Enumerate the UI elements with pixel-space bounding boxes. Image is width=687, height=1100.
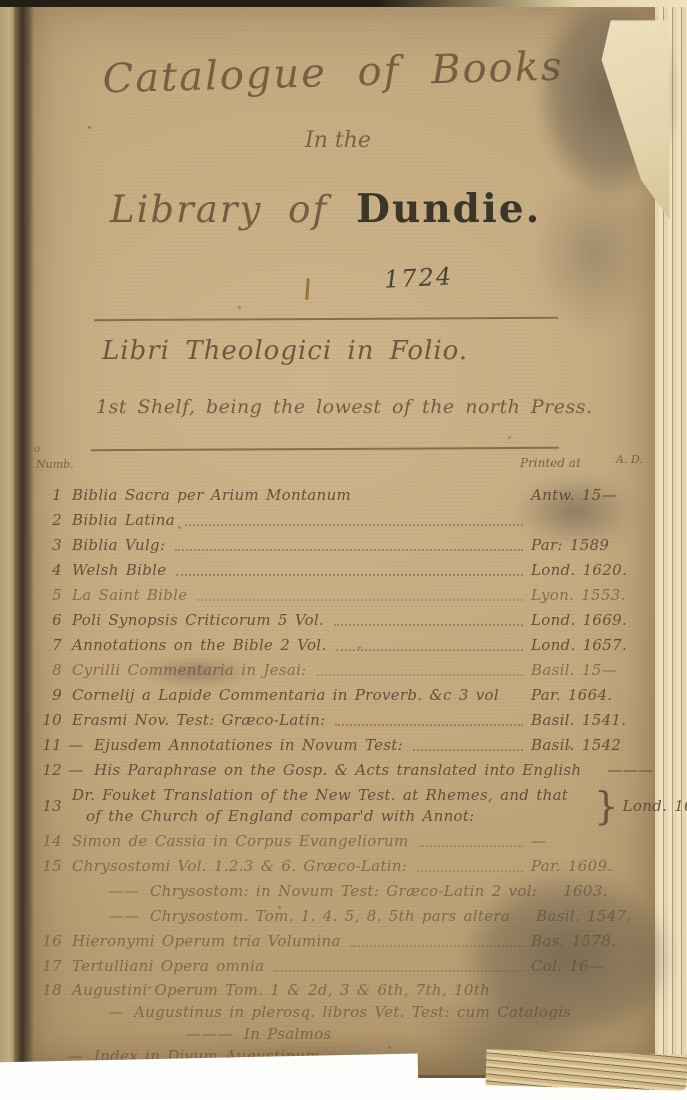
book-page-stack-bottom	[486, 1049, 687, 1091]
entry-place-date: —	[531, 829, 645, 854]
dotted-leader	[417, 870, 523, 872]
page-title-library-of: Library of	[110, 188, 328, 231]
entry-titles: Augustinus in plerosq. libros Vet. Test:…	[134, 1001, 571, 1023]
entry-title: Augustini Operum Tom. 1 & 2d, 3 & 6th, 7…	[72, 979, 490, 1001]
entry-title: Erasmi Nov. Test: Græco-Latin:	[72, 708, 325, 733]
entry-titles: Augustini Operum Tom. 1 & 2d, 3 & 6th, 7…	[72, 979, 490, 1001]
entry-place-date: 1603.	[563, 879, 677, 904]
entry-number: 8	[36, 658, 62, 683]
page-title-in-the: In the	[48, 128, 628, 153]
entry-titles: Simon de Cassia in Corpus Evangeliorum	[72, 829, 409, 854]
entry-title: Biblia Latina	[72, 508, 175, 533]
entry-dash: ———	[186, 1023, 234, 1045]
dotted-leader	[509, 699, 523, 701]
entry-row: 16 Hieronymi Operum tria Volumina Bas. 1…	[36, 929, 645, 954]
entry-place-date: Lond. 1657.	[531, 633, 645, 658]
entry-title: Dr. Fouket Translation of the New Test. …	[72, 785, 568, 806]
entry-number: 1	[36, 483, 62, 508]
entry-title: Chrysostom. Tom. 1. 4. 5, 8. 5th pars al…	[150, 904, 510, 929]
entry-titles: Dr. Fouket Translation of the New Test. …	[72, 785, 568, 827]
entry-title: Annotations on the Bible 2 Vol.	[72, 633, 326, 658]
dotted-leader	[274, 970, 523, 972]
entry-row: 15 Chrysostomi Vol. 1.2.3 & 6. Græco-Lat…	[36, 854, 645, 879]
entry-title: Hieronymi Operum tria Volumina	[72, 929, 341, 954]
entry-number: 12	[36, 758, 62, 783]
entry-titles: Chrysostomi Vol. 1.2.3 & 6. Græco-Latin:	[72, 854, 407, 879]
dotted-leader	[361, 499, 523, 501]
entry-titles: Biblia Latina	[72, 508, 175, 533]
entry-place-date	[531, 508, 645, 533]
horizontal-rule-bottom	[91, 447, 559, 451]
section-heading: Libri Theologici in Folio.	[102, 336, 468, 366]
entry-number: 13	[36, 796, 62, 817]
entry-title: Simon de Cassia in Corpus Evangeliorum	[72, 829, 409, 854]
entry-place-date: Basil. 1541.	[531, 708, 645, 733]
entry-row: 7 Annotations on the Bible 2 Vol. Lond. …	[36, 633, 645, 658]
entry-title: Cyrilli Commentaria in Jesai:	[72, 658, 307, 683]
entry-titles: Biblia Vulg:	[72, 533, 165, 558]
entry-place-date	[531, 979, 645, 1001]
dotted-leader	[500, 992, 523, 994]
entry-row: 13 Dr. Fouket Translation of the New Tes…	[36, 783, 645, 829]
entry-title: Chrysostomi Vol. 1.2.3 & 6. Græco-Latin:	[72, 854, 407, 879]
entry-place-date: Lond. 1669.	[531, 608, 645, 633]
entry-number: 2	[36, 508, 62, 533]
page-title: Catalogue of Books	[87, 43, 578, 103]
entry-place-date: Col. 16—	[531, 954, 645, 979]
entry-place-date: Basil. 1547.	[536, 904, 650, 929]
entry-number: 5	[36, 583, 62, 608]
entry-place-date: ———	[607, 758, 687, 783]
entry-number: 18	[36, 979, 62, 1001]
entry-row: 12 — His Paraphrase on the Gosp. & Acts …	[36, 758, 645, 783]
entry-number: 14	[36, 829, 62, 854]
catalogue-entries: 1 Biblia Sacra per Arium Montanum Antw. …	[36, 483, 645, 1067]
dotted-leader	[341, 1036, 523, 1038]
entry-title: Biblia Vulg:	[72, 533, 165, 558]
dotted-leader	[591, 774, 599, 776]
entry-number	[76, 1001, 102, 1023]
column-header-printed-at: Printed at	[520, 456, 581, 470]
page-title-dundie: Dundie.	[356, 186, 541, 232]
ink-blot-mark	[305, 278, 310, 300]
entry-row: 3 Biblia Vulg: Par: 1589	[36, 533, 645, 558]
entry-place-date: Bas. 1578.	[531, 929, 645, 954]
entry-number	[76, 904, 102, 929]
entry-title: Biblia Sacra per Arium Montanum	[72, 483, 351, 508]
entry-place-date: Par. 1664.	[531, 683, 645, 708]
dotted-leader	[175, 549, 523, 551]
dotted-leader	[176, 574, 523, 576]
entry-title: Augustinus in plerosq. libros Vet. Test:…	[134, 1001, 571, 1023]
entry-row: 8 Cyrilli Commentaria in Jesai: Basil. 1…	[36, 658, 645, 683]
entry-number: 9	[36, 683, 62, 708]
entry-row: 2 Biblia Latina	[36, 508, 645, 533]
dotted-leader	[351, 945, 523, 947]
entry-place-date	[531, 1023, 645, 1045]
entry-titles: Poli Synopsis Criticorum 5 Vol.	[72, 608, 324, 633]
entry-number: 17	[36, 954, 62, 979]
dotted-leader	[547, 895, 555, 897]
entry-number: 10	[36, 708, 62, 733]
entry-titles: La Saint Bible	[72, 583, 187, 608]
entry-row: —— Chrysostom: in Novum Test: Græco-Lati…	[36, 879, 645, 904]
book-gutter-shadow	[14, 0, 34, 1080]
entry-number	[76, 879, 102, 904]
entry-number: 11	[36, 733, 62, 758]
entry-place-date: Par. 1609.	[531, 854, 645, 879]
entry-row: 10 Erasmi Nov. Test: Græco-Latin: Basil.…	[36, 708, 645, 733]
shelf-subheading: 1st Shelf, being the lowest of the north…	[96, 396, 593, 418]
entry-title: Tertulliani Opera omnia	[72, 954, 264, 979]
entry-title: Poli Synopsis Criticorum 5 Vol.	[72, 608, 324, 633]
dotted-leader	[578, 820, 586, 822]
entry-titles: Annotations on the Bible 2 Vol.	[72, 633, 326, 658]
entry-title: Welsh Bible	[72, 558, 166, 583]
entry-number: 6	[36, 608, 62, 633]
entry-dash: ——	[108, 879, 140, 904]
entry-title: La Saint Bible	[72, 583, 187, 608]
entry-place-date: Basil. 1542	[531, 733, 645, 758]
entry-place-date: Par: 1589	[531, 533, 645, 558]
entry-titles: Chrysostom: in Novum Test: Græco-Latin 2…	[150, 879, 537, 904]
entry-titles: In Psalmos	[244, 1023, 331, 1045]
entry-titles: Cyrilli Commentaria in Jesai:	[72, 658, 307, 683]
dotted-leader	[317, 674, 523, 676]
entry-row: 6 Poli Synopsis Criticorum 5 Vol. Lond. …	[36, 608, 645, 633]
dotted-leader	[581, 1014, 589, 1016]
book-page-edges-right	[650, 0, 687, 1082]
entry-titles: Cornelij a Lapide Commentaria in Proverb…	[72, 683, 499, 708]
entry-place-date: Lond. 1620.	[531, 558, 645, 583]
entry-place-date: Basil. 15—	[531, 658, 645, 683]
entry-titles: Welsh Bible	[72, 558, 166, 583]
manuscript-scan: Catalogue of Books In the Library of Dun…	[0, 0, 687, 1100]
catalogue-year: 1724	[383, 262, 453, 294]
dotted-leader	[419, 845, 523, 847]
entry-row: 17 Tertulliani Opera omnia Col. 16—	[36, 954, 645, 979]
entry-titles: Tertulliani Opera omnia	[72, 954, 264, 979]
entry-place-date	[597, 1001, 687, 1023]
entry-row: 9 Cornelij a Lapide Commentaria in Prove…	[36, 683, 645, 708]
column-header-anno-domini: A. D.	[616, 453, 643, 466]
entry-dash: —	[68, 733, 84, 758]
entry-row: 5 La Saint Bible Lyon. 1553.	[36, 583, 645, 608]
entry-row: 18 Augustini Operum Tom. 1 & 2d, 3 & 6th…	[36, 979, 645, 1001]
entry-titles: Biblia Sacra per Arium Montanum	[72, 483, 351, 508]
entry-titles: His Paraphrase on the Gosp. & Acts trans…	[94, 758, 581, 783]
entry-dash: ——	[108, 904, 140, 929]
entry-row: 14 Simon de Cassia in Corpus Evangelioru…	[36, 829, 645, 854]
manuscript-page: Catalogue of Books In the Library of Dun…	[28, 6, 655, 1078]
brace-glyph: }	[594, 786, 618, 826]
entry-place-date: Antw. 15—	[531, 483, 645, 508]
entry-row: ——— In Psalmos	[36, 1023, 645, 1045]
dotted-leader	[185, 524, 523, 526]
column-header-numb: Numb.	[36, 458, 74, 471]
entry-number: 4	[36, 558, 62, 583]
entry-place-date: Lyon. 1553.	[531, 583, 645, 608]
entry-titles: Hieronymi Operum tria Volumina	[72, 929, 341, 954]
book-top-edge	[0, 0, 687, 7]
entry-titles: Erasmi Nov. Test: Græco-Latin:	[72, 708, 325, 733]
entry-number: 7	[36, 633, 62, 658]
entry-titles: Ejusdem Annotationes in Novum Test:	[94, 733, 403, 758]
entry-row: 4 Welsh Bible Lond. 1620.	[36, 558, 645, 583]
entry-title: Cornelij a Lapide Commentaria in Proverb…	[72, 683, 499, 708]
entry-row: —— Chrysostom. Tom. 1. 4. 5, 8. 5th pars…	[36, 904, 645, 929]
entry-dash: —	[68, 758, 84, 783]
page-title-line3: Library of Dundie.	[110, 186, 541, 232]
entry-dash: —	[108, 1001, 124, 1023]
entry-number: 3	[36, 533, 62, 558]
entry-title: Chrysostom: in Novum Test: Græco-Latin 2…	[150, 879, 537, 904]
entry-title: In Psalmos	[244, 1023, 331, 1045]
dotted-leader	[334, 624, 523, 626]
entry-place-date: Lond. 1617.	[623, 796, 687, 817]
entry-title: Ejusdem Annotationes in Novum Test:	[94, 733, 403, 758]
entry-number: 16	[36, 929, 62, 954]
entry-row: 11 — Ejusdem Annotationes in Novum Test:…	[36, 733, 645, 758]
entry-row: — Augustinus in plerosq. libros Vet. Tes…	[36, 1001, 645, 1023]
dotted-leader	[520, 920, 528, 922]
entry-title: His Paraphrase on the Gosp. & Acts trans…	[94, 758, 581, 783]
entry-number: 15	[36, 854, 62, 879]
entry-row: 1 Biblia Sacra per Arium Montanum Antw. …	[36, 483, 645, 508]
dotted-leader	[197, 599, 523, 601]
margin-flourish: o	[34, 444, 40, 455]
horizontal-rule-top	[94, 317, 558, 321]
entry-titles: Chrysostom. Tom. 1. 4. 5, 8. 5th pars al…	[150, 904, 510, 929]
dotted-leader	[335, 724, 523, 726]
dotted-leader	[336, 649, 523, 651]
dotted-leader	[413, 749, 523, 751]
entry-title-line2: of the Church of England compar'd with A…	[72, 806, 568, 827]
entry-number	[154, 1023, 180, 1045]
